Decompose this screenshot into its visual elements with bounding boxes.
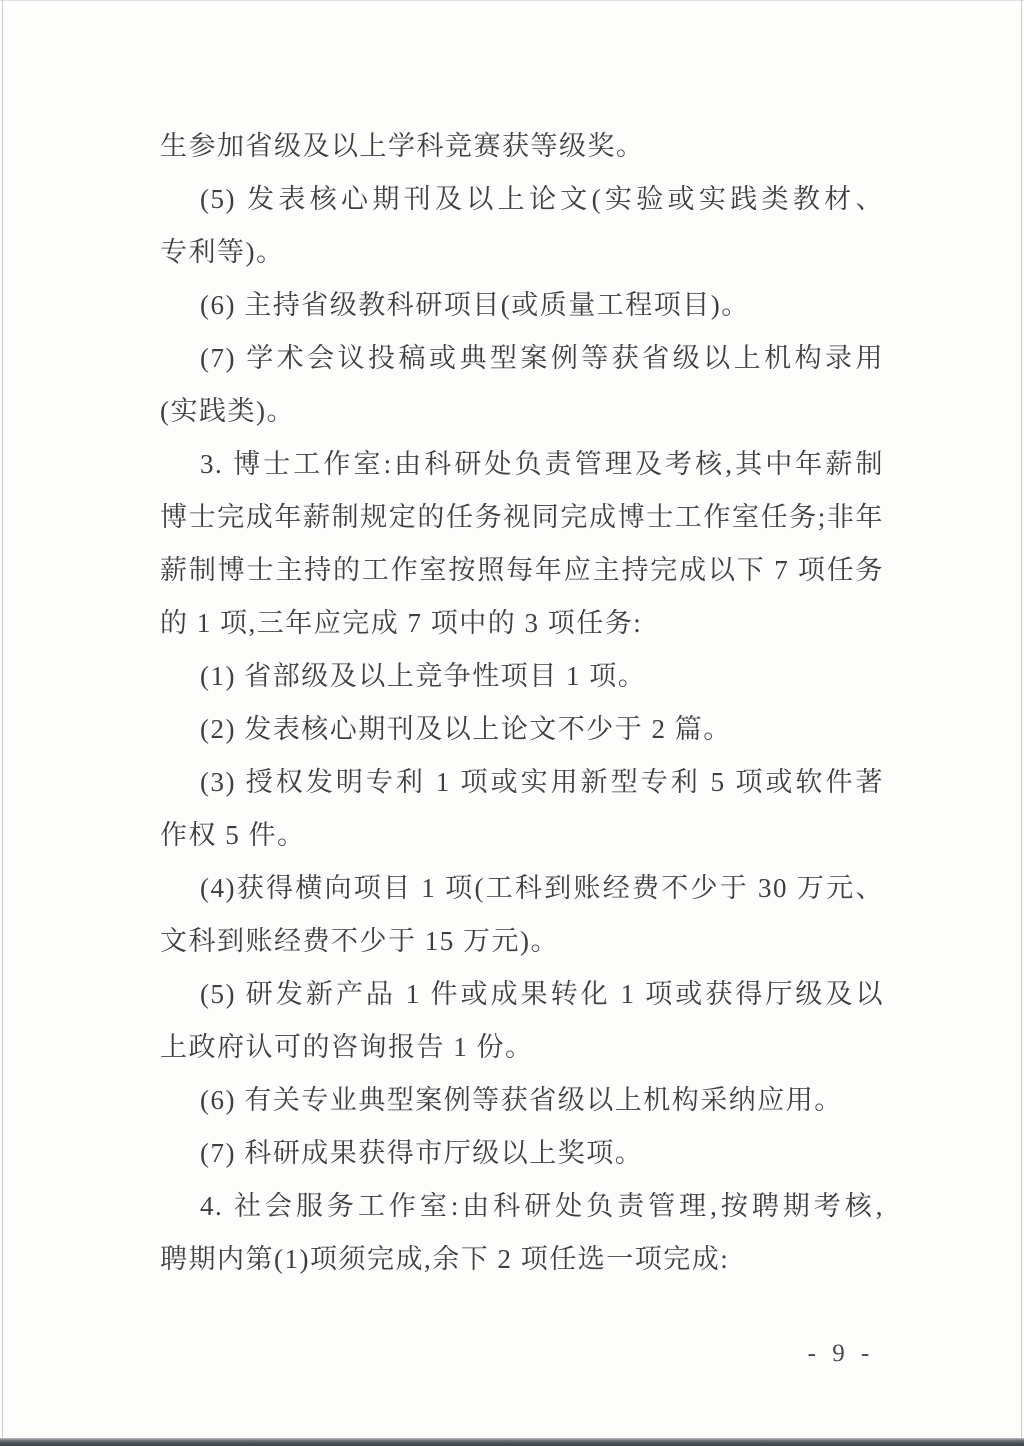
text-line: 聘期内第(1)项须完成,余下 2 项任选一项完成: [160, 1233, 884, 1286]
text-line: 文科到账经费不少于 15 万元)。 [160, 915, 884, 968]
page-number: - 9 - [796, 1340, 886, 1368]
text-line: (5) 研发新产品 1 件或成果转化 1 项或获得厅级及以 [160, 968, 884, 1021]
text-line: 作权 5 件。 [160, 809, 884, 862]
page-left-edge [2, 0, 3, 1446]
text-line: (7) 科研成果获得市厅级以上奖项。 [160, 1127, 884, 1180]
text-line: (7) 学术会议投稿或典型案例等获省级以上机构录用 [160, 332, 884, 385]
text-line: (实践类)。 [160, 385, 884, 438]
page-top-edge [0, 0, 1024, 1]
text-line: (4)获得横向项目 1 项(工科到账经费不少于 30 万元、 [160, 862, 884, 915]
text-line: (1) 省部级及以上竞争性项目 1 项。 [160, 650, 884, 703]
document-body: 生参加省级及以上学科竞赛获等级奖。(5) 发表核心期刊及以上论文(实验或实践类教… [160, 120, 884, 1286]
text-line: 4. 社会服务工作室:由科研处负责管理,按聘期考核, [160, 1180, 884, 1233]
text-line: 专利等)。 [160, 226, 884, 279]
scanned-document-page: 生参加省级及以上学科竞赛获等级奖。(5) 发表核心期刊及以上论文(实验或实践类教… [0, 0, 1024, 1446]
text-line: 3. 博士工作室:由科研处负责管理及考核,其中年薪制 [160, 438, 884, 491]
text-line: 薪制博士主持的工作室按照每年应主持完成以下 7 项任务中 [160, 544, 884, 597]
text-line: (6) 有关专业典型案例等获省级以上机构采纳应用。 [160, 1074, 884, 1127]
scan-bottom-bar [0, 1438, 1024, 1446]
text-line: 上政府认可的咨询报告 1 份。 [160, 1021, 884, 1074]
text-line: (3) 授权发明专利 1 项或实用新型专利 5 项或软件著 [160, 756, 884, 809]
text-line: (6) 主持省级教科研项目(或质量工程项目)。 [160, 279, 884, 332]
text-line: 博士完成年薪制规定的任务视同完成博士工作室任务;非年 [160, 491, 884, 544]
page-right-edge [1021, 0, 1022, 1446]
text-line: 生参加省级及以上学科竞赛获等级奖。 [160, 120, 884, 173]
text-line: 的 1 项,三年应完成 7 项中的 3 项任务: [160, 597, 884, 650]
text-line: (5) 发表核心期刊及以上论文(实验或实践类教材、 [160, 173, 884, 226]
text-line: (2) 发表核心期刊及以上论文不少于 2 篇。 [160, 703, 884, 756]
